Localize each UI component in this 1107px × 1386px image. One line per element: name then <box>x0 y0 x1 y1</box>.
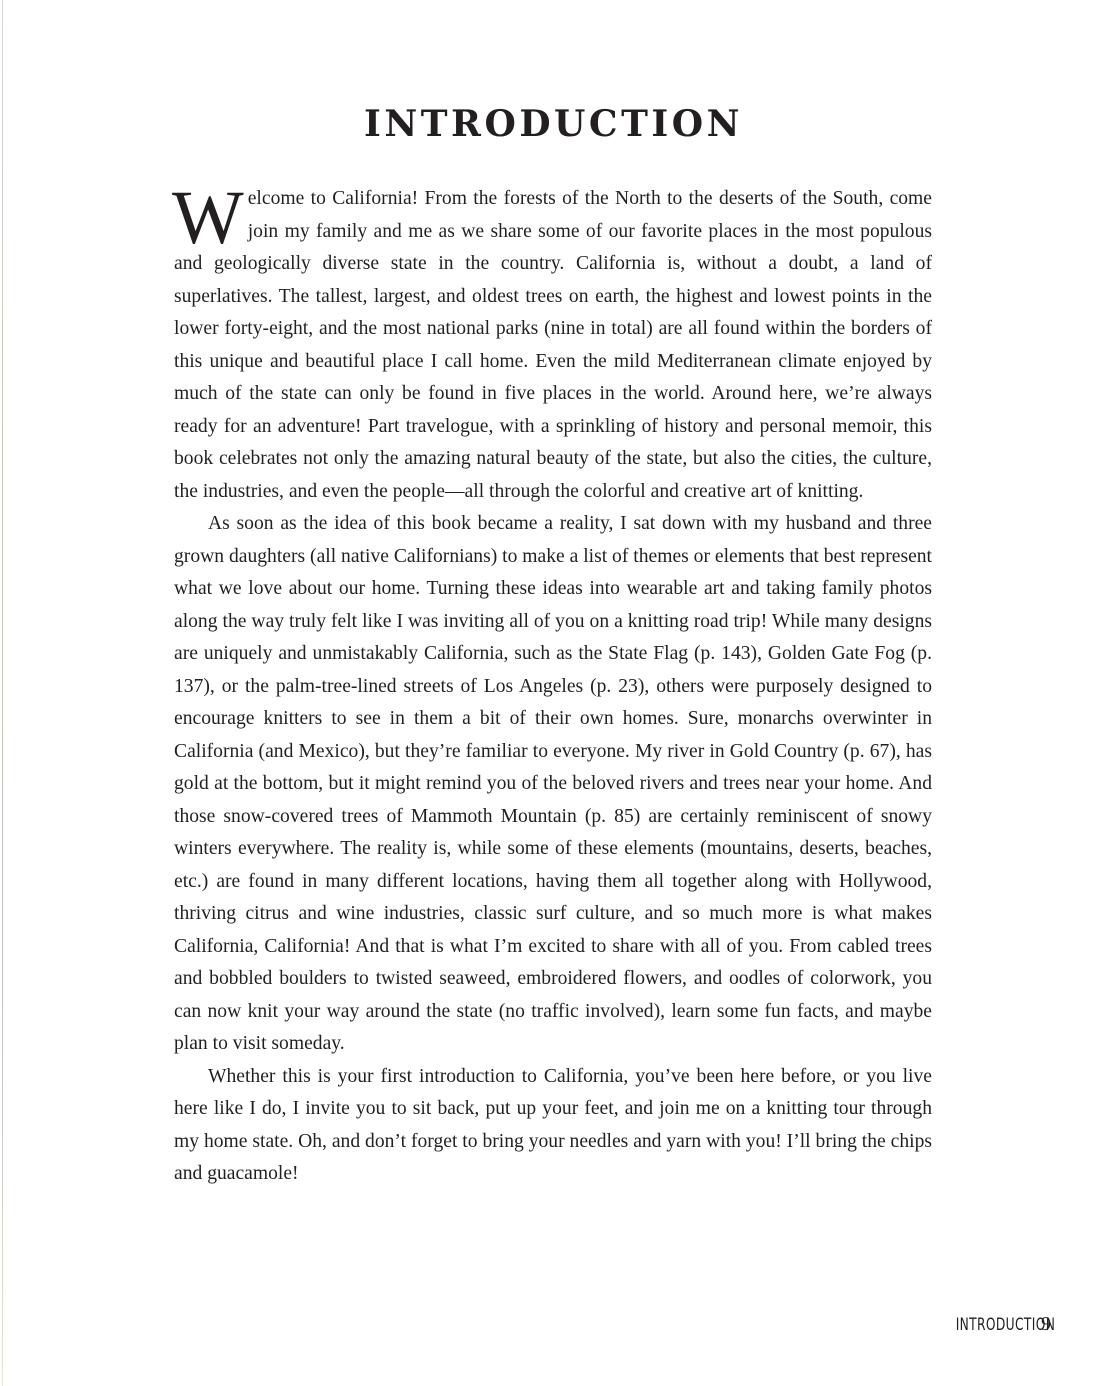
paragraph-1: Welcome to California! From the forests … <box>174 183 932 508</box>
running-head: INTRODUCTION <box>955 1315 1055 1335</box>
page-footer: INTRODUCTION 9 <box>917 1313 1051 1336</box>
page-edge-line <box>2 0 3 1386</box>
paragraph-1-text: elcome to California! From the forests o… <box>174 188 932 502</box>
body-text: Welcome to California! From the forests … <box>174 183 932 1191</box>
drop-cap: W <box>172 189 244 247</box>
paragraph-3: Whether this is your first introduction … <box>174 1061 932 1191</box>
paragraph-2: As soon as the idea of this book became … <box>174 508 932 1061</box>
page-title: INTRODUCTION <box>0 103 1107 145</box>
